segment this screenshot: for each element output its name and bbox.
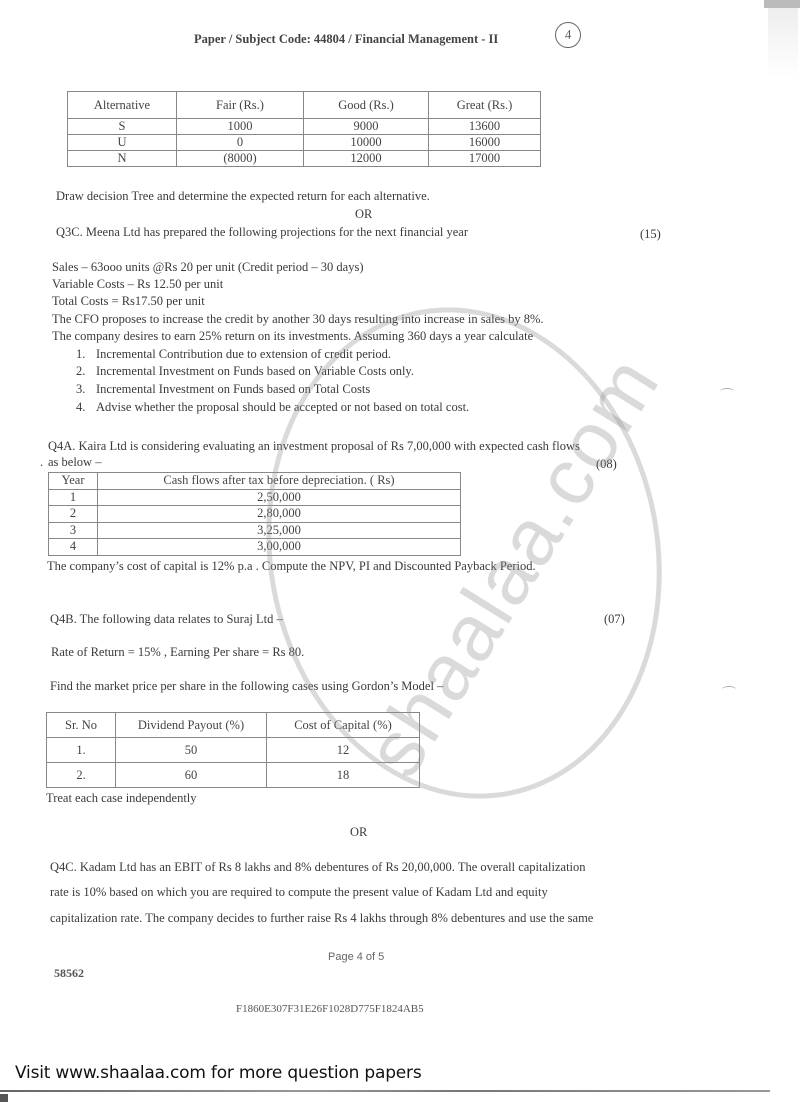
q4b-data: Rate of Return = 15% , Earning Per share… [51, 645, 304, 660]
q4c-line: rate is 10% based on which you are requi… [50, 885, 548, 900]
table-row: 3 3,25,000 [49, 522, 461, 539]
col-header: Cost of Capital (%) [267, 713, 420, 738]
q4c-line-0: Q4C. Kadam Ltd has an EBIT of Rs 8 lakhs… [50, 860, 586, 875]
q3c-line: Sales – 63ooo units @Rs 20 per unit (Cre… [52, 260, 363, 275]
q4b-instruction: Find the market price per share in the f… [50, 679, 443, 694]
q3c-list-item: 3.Incremental Investment on Funds based … [76, 382, 370, 397]
table-row: U 0 10000 16000 [68, 135, 541, 151]
scan-edge-mark [764, 0, 800, 8]
cell: 17000 [429, 151, 541, 167]
q3c-line: Total Costs = Rs17.50 per unit [52, 294, 205, 309]
list-number: 1. [76, 347, 96, 362]
cell: 1000 [177, 119, 304, 135]
cell: 3,00,000 [98, 539, 461, 556]
col-header: Dividend Payout (%) [116, 713, 267, 738]
table-row: 2. 60 18 [47, 763, 420, 788]
cell: 4 [49, 539, 98, 556]
cell: 50 [116, 738, 267, 763]
q4b-title: Q4B. The following data relates to Suraj… [50, 612, 283, 627]
list-text: Incremental Investment on Funds based on… [96, 364, 414, 378]
q3c-line: The CFO proposes to increase the credit … [52, 312, 544, 327]
cell: N [68, 151, 177, 167]
cell: 60 [116, 763, 267, 788]
list-number: 3. [76, 382, 96, 397]
table-row: 1 2,50,000 [49, 489, 461, 506]
cell: 18 [267, 763, 420, 788]
table-row: 4 3,00,000 [49, 539, 461, 556]
or-separator: OR [355, 207, 372, 222]
list-text: Incremental Contribution due to extensio… [96, 347, 391, 361]
list-text: Incremental Investment on Funds based on… [96, 382, 370, 396]
scan-streak [768, 8, 798, 78]
paper-hash: F1860E307F31E26F1028D775F1824AB5 [236, 1003, 424, 1015]
q3c-title: Q3C. Meena Ltd has prepared the followin… [56, 225, 468, 240]
paper-code: 58562 [54, 966, 84, 981]
cell: 1 [49, 489, 98, 506]
cell: 1. [47, 738, 116, 763]
table-row: S 1000 9000 13600 [68, 119, 541, 135]
margin-mark [722, 686, 736, 693]
table-row: N (8000) 12000 17000 [68, 151, 541, 167]
q4b-marks: (07) [604, 612, 625, 627]
q3b-instruction: Draw decision Tree and determine the exp… [56, 189, 430, 204]
scan-corner-mark [0, 1094, 8, 1102]
cell: 0 [177, 135, 304, 151]
q3c-marks: (15) [640, 227, 661, 242]
cell: 12000 [304, 151, 429, 167]
cell: 13600 [429, 119, 541, 135]
list-number: 4. [76, 400, 96, 415]
q4b-note: Treat each case independently [46, 791, 197, 806]
col-header: Cash flows after tax before depreciation… [98, 473, 461, 490]
cell: 9000 [304, 119, 429, 135]
q3c-line: Variable Costs – Rs 12.50 per unit [52, 277, 223, 292]
handwritten-page-number: 4 [553, 20, 582, 49]
q3c-line: The company desires to earn 25% return o… [52, 329, 533, 344]
q4a-line: as below – [48, 455, 101, 470]
col-header: Sr. No [47, 713, 116, 738]
q3c-list-item: 1.Incremental Contribution due to extens… [76, 347, 391, 362]
table-row: 2 2,80,000 [49, 506, 461, 523]
page-number: Page 4 of 5 [328, 951, 384, 963]
col-header: Alternative [68, 92, 177, 119]
q4a-footer: The company’s cost of capital is 12% p.a… [47, 559, 536, 574]
cell: S [68, 119, 177, 135]
q4c-line: Q4C. Kadam Ltd has an EBIT of Rs 8 lakhs… [50, 860, 672, 875]
promo-link[interactable]: Visit www.shaalaa.com for more question … [15, 1063, 422, 1083]
q4a-line: Q4A. Kaira Ltd is considering evaluating… [48, 439, 580, 454]
col-header: Fair (Rs.) [177, 92, 304, 119]
list-text: Advise whether the proposal should be ac… [96, 400, 469, 414]
col-header: Year [49, 473, 98, 490]
decision-payoff-table: Alternative Fair (Rs.) Good (Rs.) Great … [67, 91, 541, 167]
col-header: Good (Rs.) [304, 92, 429, 119]
bullet-dot: . [40, 455, 43, 470]
cell: 2,80,000 [98, 506, 461, 523]
bottom-rule [0, 1090, 770, 1092]
cell: 3,25,000 [98, 522, 461, 539]
gordon-model-table: Sr. No Dividend Payout (%) Cost of Capit… [46, 712, 420, 788]
cell: 2,50,000 [98, 489, 461, 506]
q3c-list-item: 2.Incremental Investment on Funds based … [76, 364, 414, 379]
cell: 2. [47, 763, 116, 788]
cell: (8000) [177, 151, 304, 167]
q3c-list-item: 4.Advise whether the proposal should be … [76, 400, 469, 415]
q4c-line-text: Q4C. Kadam Ltd has an EBIT of Rs 8 lakhs… [50, 860, 672, 875]
cell: 10000 [304, 135, 429, 151]
cell: 16000 [429, 135, 541, 151]
q4c-line: capitalization rate. The company decides… [50, 911, 593, 926]
cell: 12 [267, 738, 420, 763]
cell: U [68, 135, 177, 151]
col-header: Great (Rs.) [429, 92, 541, 119]
list-number: 2. [76, 364, 96, 379]
cash-flow-table: Year Cash flows after tax before depreci… [48, 472, 461, 556]
q4a-marks: (08) [596, 457, 617, 472]
cell: 3 [49, 522, 98, 539]
or-separator: OR [350, 825, 367, 840]
margin-mark [720, 388, 734, 395]
table-row: 1. 50 12 [47, 738, 420, 763]
paper-header: Paper / Subject Code: 44804 / Financial … [194, 32, 498, 47]
cell: 2 [49, 506, 98, 523]
